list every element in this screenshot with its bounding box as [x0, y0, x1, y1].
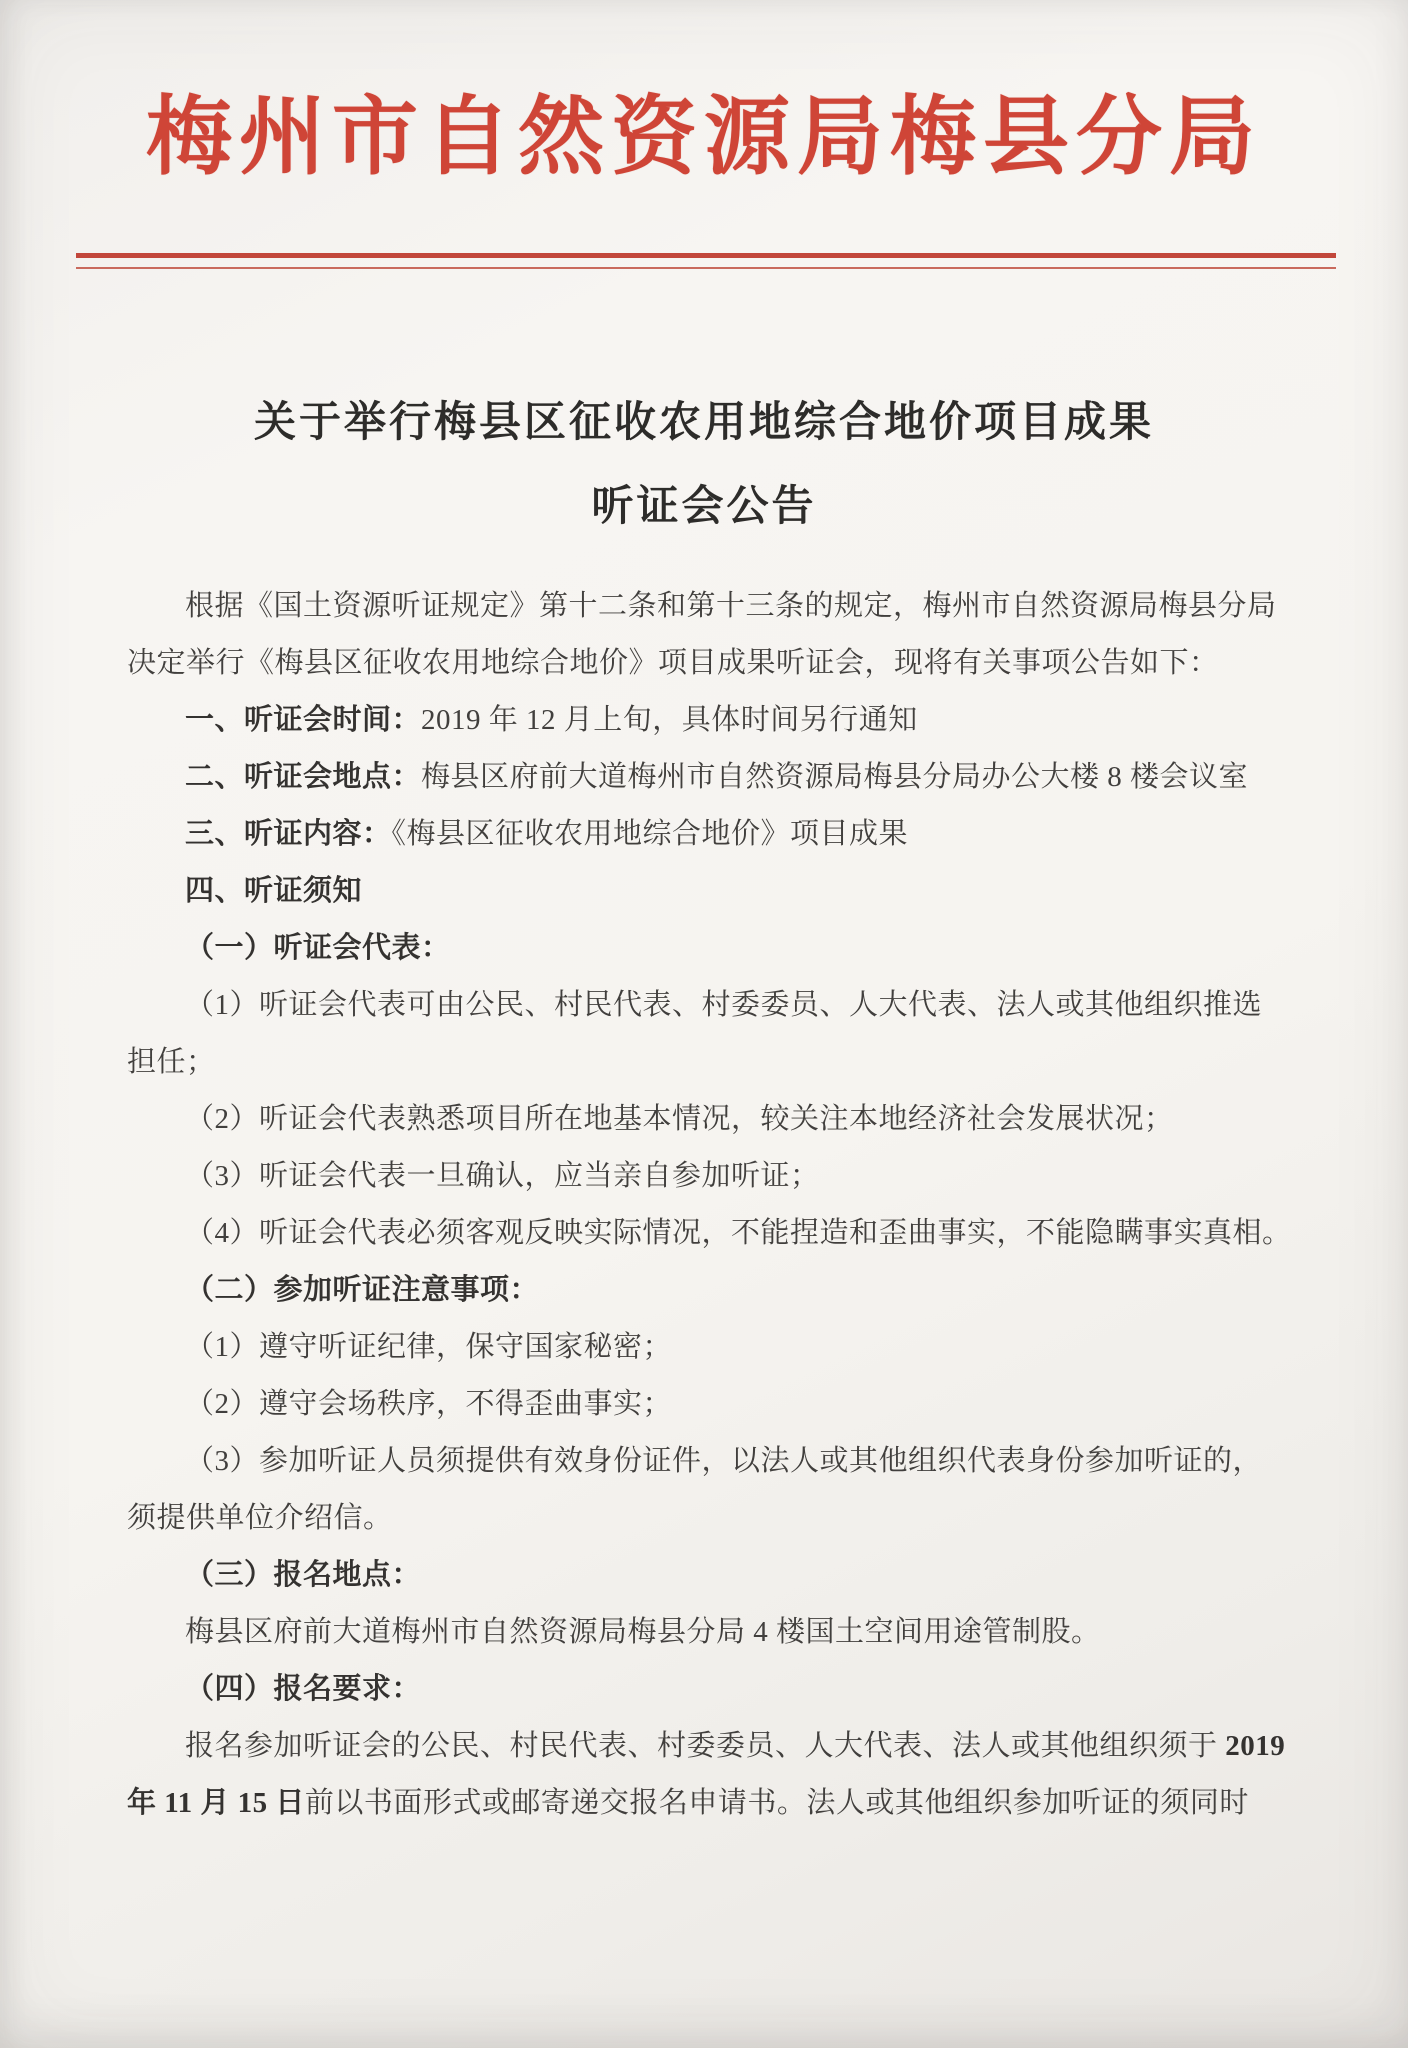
- document-title: 关于举行梅县区征收农用地综合地价项目成果 听证会公告: [0, 394, 1408, 536]
- body-text: 担任；: [127, 1046, 216, 1078]
- body-text-bold: 二、听证会地点：: [185, 761, 421, 793]
- body-text: 2019 年 12 月上旬，具体时间另行通知: [421, 704, 918, 736]
- body-text: （3）参加听证人员须提供有效身份证件，以法人或其他组织代表身份参加听证的，: [185, 1445, 1262, 1477]
- letterhead-divider-thick: [76, 253, 1336, 258]
- body-line: 二、听证会地点：梅县区府前大道梅州市自然资源局梅县分局办公大楼 8 楼会议室: [127, 749, 1281, 806]
- body-line: （4）听证会代表必须客观反映实际情况，不能捏造和歪曲事实，不能隐瞒事实真相。: [127, 1205, 1281, 1262]
- body-line: （一）听证会代表：: [127, 920, 1281, 977]
- body-line: 四、听证须知: [127, 863, 1281, 920]
- scanned-document-page: 梅州市自然资源局梅县分局 关于举行梅县区征收农用地综合地价项目成果 听证会公告 …: [0, 0, 1408, 2048]
- body-line: （四）报名要求：: [127, 1661, 1281, 1718]
- body-text: 《梅县区征收农用地综合地价》项目成果: [392, 818, 909, 850]
- body-line: （3）听证会代表一旦确认，应当亲自参加听证；: [127, 1148, 1281, 1205]
- letterhead-divider-thin: [76, 267, 1336, 269]
- body-line: 报名参加听证会的公民、村民代表、村委委员、人大代表、法人或其他组织须于 2019: [127, 1718, 1281, 1775]
- body-line: 三、听证内容：《梅县区征收农用地综合地价》项目成果: [127, 806, 1281, 863]
- body-line: 担任；: [127, 1034, 1281, 1091]
- body-line: （2）遵守会场秩序，不得歪曲事实；: [127, 1376, 1281, 1433]
- body-line: （二）参加听证注意事项：: [127, 1262, 1281, 1319]
- body-line: 须提供单位介绍信。: [127, 1490, 1281, 1547]
- body-line: （2）听证会代表熟悉项目所在地基本情况，较关注本地经济社会发展状况；: [127, 1091, 1281, 1148]
- body-text: （1）遵守听证纪律，保守国家秘密；: [185, 1331, 672, 1363]
- letterhead-title: 梅州市自然资源局梅县分局: [0, 82, 1408, 192]
- document-title-line2: 听证会公告: [0, 478, 1408, 536]
- body-text: 前以书面形式或邮寄递交报名申请书。法人或其他组织参加听证的须同时: [305, 1787, 1249, 1819]
- body-line: 根据《国土资源听证规定》第十二条和第十三条的规定，梅州市自然资源局梅县分局: [127, 578, 1281, 635]
- body-text: 梅县区府前大道梅州市自然资源局梅县分局办公大楼 8 楼会议室: [421, 761, 1248, 793]
- body-text: （2）遵守会场秩序，不得歪曲事实；: [185, 1388, 672, 1420]
- body-text-bold: （四）报名要求：: [185, 1673, 421, 1705]
- body-text-bold: （三）报名地点：: [185, 1559, 421, 1591]
- document-body: 根据《国土资源听证规定》第十二条和第十三条的规定，梅州市自然资源局梅县分局决定举…: [127, 578, 1281, 1832]
- body-text-bold: 2019: [1225, 1730, 1285, 1762]
- body-text-bold: 一、听证会时间：: [185, 704, 421, 736]
- body-text-bold: （一）听证会代表：: [185, 932, 451, 964]
- body-text-bold: （二）参加听证注意事项：: [185, 1274, 539, 1306]
- body-line: （1）遵守听证纪律，保守国家秘密；: [127, 1319, 1281, 1376]
- body-text: 报名参加听证会的公民、村民代表、村委委员、人大代表、法人或其他组织须于: [185, 1730, 1225, 1762]
- body-text-bold: 年 11 月 15 日: [127, 1787, 305, 1819]
- body-line: （3）参加听证人员须提供有效身份证件，以法人或其他组织代表身份参加听证的，: [127, 1433, 1281, 1490]
- body-text: （4）听证会代表必须客观反映实际情况，不能捏造和歪曲事实，不能隐瞒事实真相。: [185, 1217, 1292, 1249]
- body-text: （1）听证会代表可由公民、村民代表、村委委员、人大代表、法人或其他组织推选: [185, 989, 1262, 1021]
- body-line: 一、听证会时间：2019 年 12 月上旬，具体时间另行通知: [127, 692, 1281, 749]
- body-text-bold: 四、听证须知: [185, 875, 362, 907]
- body-text: 决定举行《梅县区征收农用地综合地价》项目成果听证会，现将有关事项公告如下：: [127, 647, 1219, 679]
- body-text-bold: 三、听证内容：: [185, 818, 392, 850]
- body-line: 梅县区府前大道梅州市自然资源局梅县分局 4 楼国土空间用途管制股。: [127, 1604, 1281, 1661]
- body-text: 根据《国土资源听证规定》第十二条和第十三条的规定，梅州市自然资源局梅县分局: [185, 590, 1277, 622]
- body-line: （1）听证会代表可由公民、村民代表、村委委员、人大代表、法人或其他组织推选: [127, 977, 1281, 1034]
- body-line: 年 11 月 15 日前以书面形式或邮寄递交报名申请书。法人或其他组织参加听证的…: [127, 1775, 1281, 1832]
- body-text: （3）听证会代表一旦确认，应当亲自参加听证；: [185, 1160, 820, 1192]
- body-text: （2）听证会代表熟悉项目所在地基本情况，较关注本地经济社会发展状况；: [185, 1103, 1174, 1135]
- body-line: 决定举行《梅县区征收农用地综合地价》项目成果听证会，现将有关事项公告如下：: [127, 635, 1281, 692]
- body-text: 梅县区府前大道梅州市自然资源局梅县分局 4 楼国土空间用途管制股。: [185, 1616, 1101, 1648]
- document-title-line1: 关于举行梅县区征收农用地综合地价项目成果: [0, 394, 1408, 452]
- body-text: 须提供单位介绍信。: [127, 1502, 393, 1534]
- body-line: （三）报名地点：: [127, 1547, 1281, 1604]
